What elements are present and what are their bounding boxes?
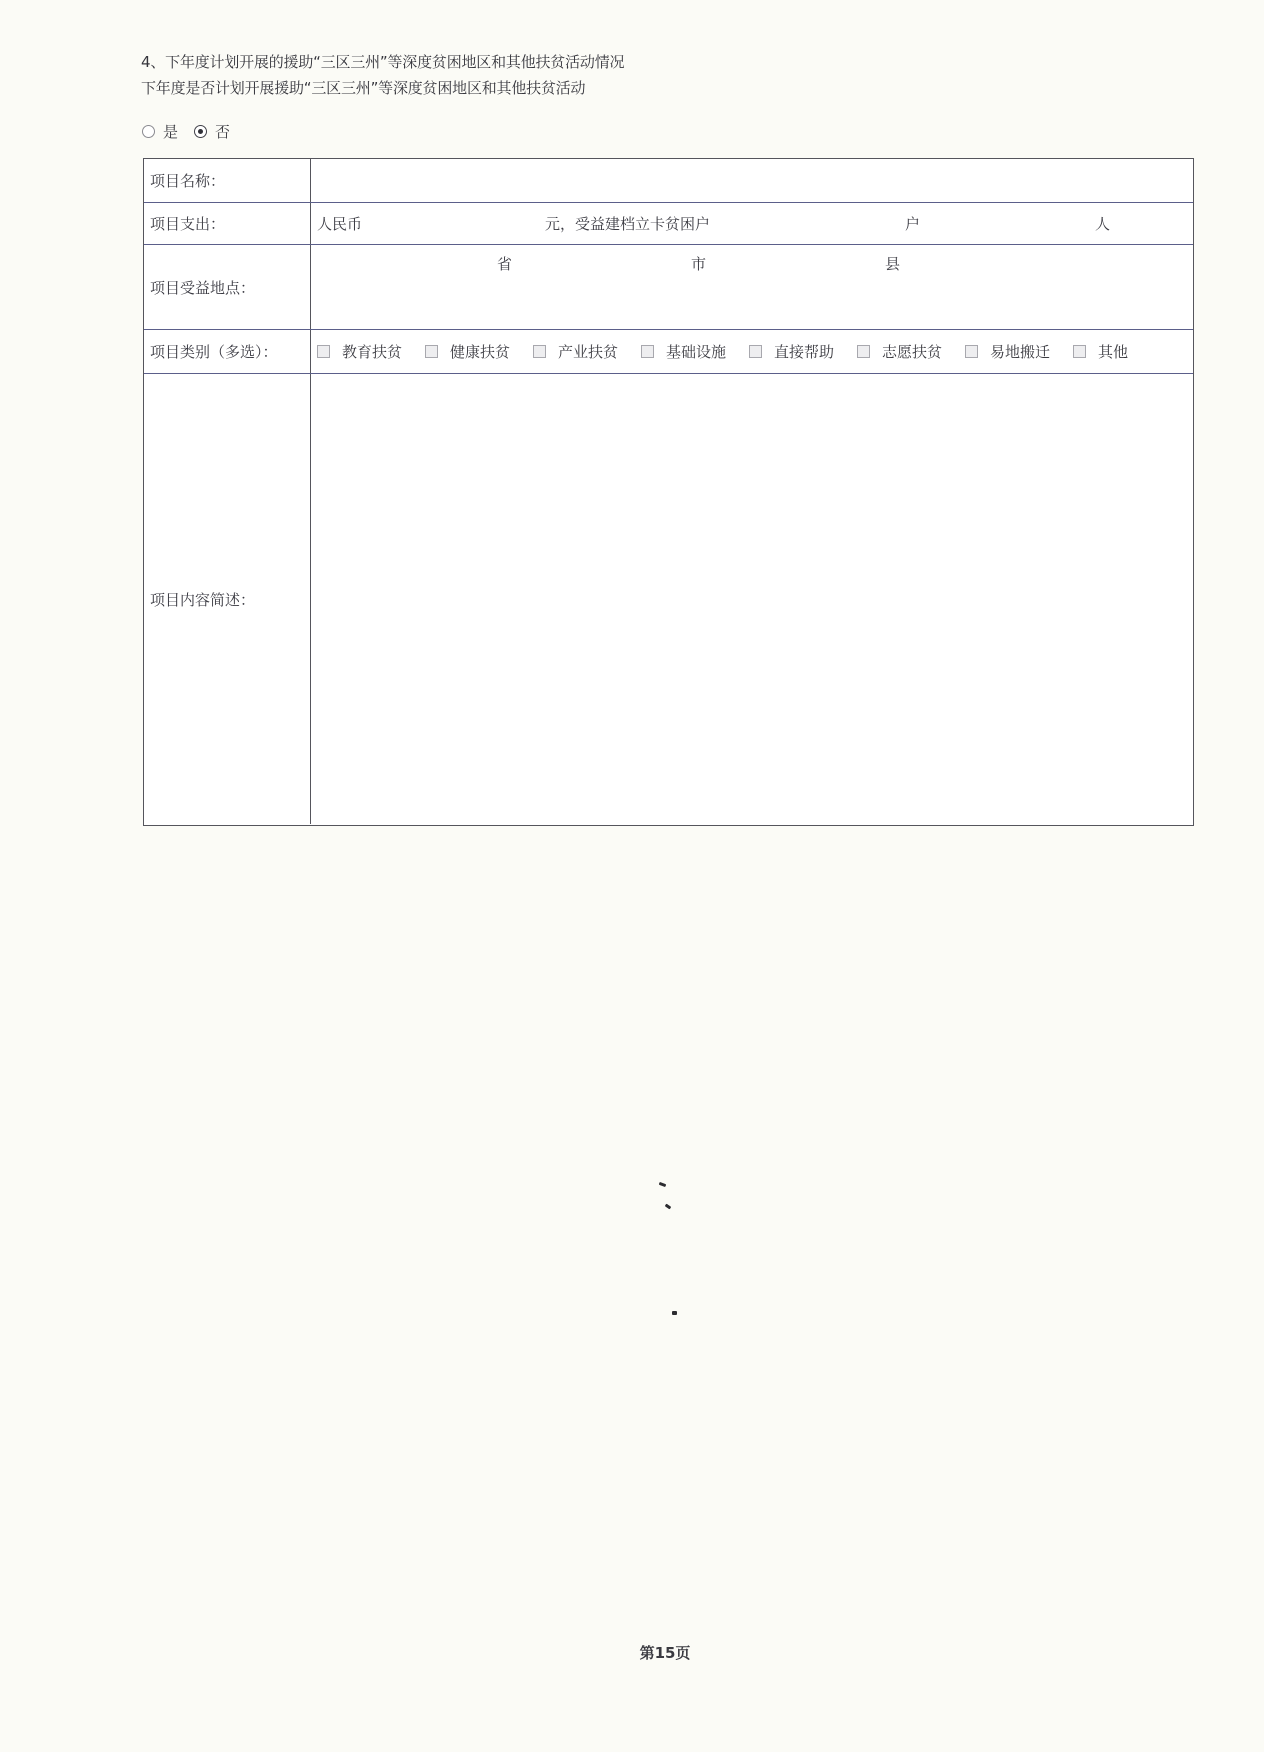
page-number: 第15页 — [0, 1642, 1264, 1663]
category-option-label: 产业扶贫 — [558, 341, 618, 362]
checkbox-icon[interactable] — [965, 345, 978, 358]
households-unit: 户 — [905, 213, 920, 234]
amount-suffix: 元，受益建档立卡贫困户 — [545, 213, 710, 234]
province-field[interactable] — [317, 253, 493, 275]
checkbox-icon[interactable] — [641, 345, 654, 358]
row-project-name: 项目名称： — [144, 159, 1193, 203]
checkbox-icon[interactable] — [857, 345, 870, 358]
category-option-industry[interactable]: 产业扶贫 — [533, 341, 641, 362]
currency-prefix: 人民币 — [317, 213, 362, 234]
category-option-label: 志愿扶贫 — [882, 341, 942, 362]
project-form-table: 项目名称： 项目支出： 人民币 元，受益建档立卡贫困户 户 人 项目受益地点： … — [143, 158, 1194, 826]
project-description-textarea[interactable] — [315, 378, 1189, 820]
county-unit: 县 — [885, 253, 900, 274]
category-option-label: 其他 — [1098, 341, 1128, 362]
project-expense-label: 项目支出： — [144, 203, 311, 244]
section-heading: 4、下年度计划开展的援助“三区三州”等深度贫困地区和其他扶贫活动情况 — [141, 52, 624, 72]
province-unit: 省 — [497, 253, 512, 274]
category-option-education[interactable]: 教育扶贫 — [317, 341, 425, 362]
category-option-label: 直接帮助 — [774, 341, 834, 362]
category-option-relocation[interactable]: 易地搬迁 — [965, 341, 1073, 362]
radio-checked-icon[interactable] — [194, 125, 207, 138]
project-category-cell: 教育扶贫 健康扶贫 产业扶贫 基础设施 直接帮助 — [311, 330, 1193, 373]
project-description-label: 项目内容简述： — [144, 374, 311, 824]
row-project-expense: 项目支出： 人民币 元，受益建档立卡贫困户 户 人 — [144, 203, 1193, 245]
county-field[interactable] — [711, 253, 881, 275]
project-name-label: 项目名称： — [144, 159, 311, 202]
category-option-direct-aid[interactable]: 直接帮助 — [749, 341, 857, 362]
category-option-other[interactable]: 其他 — [1073, 341, 1181, 362]
category-checkbox-list: 教育扶贫 健康扶贫 产业扶贫 基础设施 直接帮助 — [317, 330, 1181, 373]
question-text: 下年度是否计划开展援助“三区三州”等深度贫困地区和其他扶贫活动 — [141, 78, 585, 98]
checkbox-icon[interactable] — [749, 345, 762, 358]
city-unit: 市 — [691, 253, 706, 274]
checkbox-icon[interactable] — [425, 345, 438, 358]
project-description-cell — [311, 374, 1193, 824]
category-option-label: 基础设施 — [666, 341, 726, 362]
row-project-category: 项目类别（多选）： 教育扶贫 健康扶贫 产业扶贫 基础设施 — [144, 330, 1193, 374]
category-option-label: 教育扶贫 — [342, 341, 402, 362]
radio-label-yes: 是 — [163, 121, 178, 142]
category-option-label: 健康扶贫 — [450, 341, 510, 362]
project-name-field[interactable] — [311, 159, 1193, 202]
category-option-infrastructure[interactable]: 基础设施 — [641, 341, 749, 362]
project-location-label: 项目受益地点： — [144, 245, 311, 329]
row-project-description: 项目内容简述： — [144, 374, 1193, 824]
radio-label-no: 否 — [215, 121, 230, 142]
category-option-volunteer[interactable]: 志愿扶贫 — [857, 341, 965, 362]
checkbox-icon[interactable] — [533, 345, 546, 358]
row-project-location: 项目受益地点： 省 市 县 — [144, 245, 1193, 330]
people-field[interactable] — [927, 213, 1092, 235]
radio-option-no[interactable]: 否 — [194, 121, 230, 142]
project-expense-cell: 人民币 元，受益建档立卡贫困户 户 人 — [311, 203, 1193, 244]
checkbox-icon[interactable] — [317, 345, 330, 358]
radio-unchecked-icon[interactable] — [142, 125, 155, 138]
category-option-label: 易地搬迁 — [990, 341, 1050, 362]
checkbox-icon[interactable] — [1073, 345, 1086, 358]
households-field[interactable] — [731, 213, 901, 235]
radio-option-yes[interactable]: 是 — [142, 121, 178, 142]
scan-speck — [659, 1182, 667, 1187]
category-option-health[interactable]: 健康扶贫 — [425, 341, 533, 362]
amount-field[interactable] — [371, 213, 541, 235]
plan-radio-group: 是 否 — [142, 121, 246, 142]
scan-speck — [665, 1204, 672, 1210]
project-category-label: 项目类别（多选）： — [144, 330, 311, 373]
city-field[interactable] — [517, 253, 687, 275]
project-location-cell: 省 市 县 — [311, 245, 1193, 329]
people-unit: 人 — [1095, 213, 1110, 234]
scan-speck — [672, 1311, 677, 1315]
